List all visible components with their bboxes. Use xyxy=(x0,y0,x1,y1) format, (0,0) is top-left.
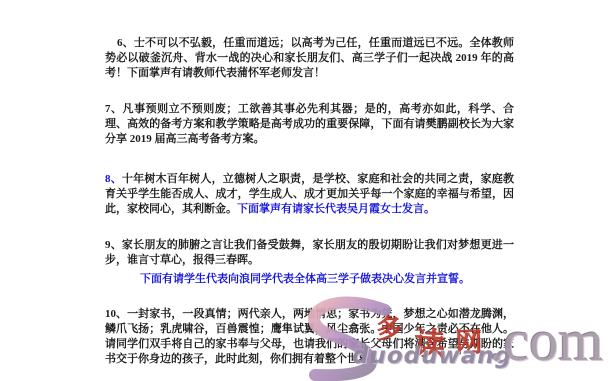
item-9-announcement-line: 下面有请学生代表向浪同学代表全体高三学子做表决心发言并宣誓。 xyxy=(140,272,470,287)
item-8-number: 8、 xyxy=(105,173,122,185)
paragraph-item-9: 9、家长朋友的肺腑之言让我们备受鼓舞，家长朋友的殷切期盼让我们对梦想更进一步，谁… xyxy=(105,238,514,268)
item-8-announcement-text: 下面掌声有请家长代表吴月霞女士发言。 xyxy=(237,203,435,215)
paragraph-item-6: 6、士不可以不弘毅，任重而道远；以高考为己任，任重而道远已不远。全体教师势必以破… xyxy=(105,36,514,81)
document-page: 6、士不可以不弘毅，任重而道远；以高考为己任，任重而道远已不远。全体教师势必以破… xyxy=(0,0,616,381)
paragraph-item-10: 10、一封家书，一段真情；两代亲人，两地情思；家书为凭，梦想之心如潜龙腾渊，鳞爪… xyxy=(105,307,514,367)
paragraph-item-7: 7、凡事预则立不预则废；工欲善其事必先利其器；是的，高考亦如此，科学、合理、高效… xyxy=(105,102,514,147)
paragraph-item-8: 8、十年树木百年树人，立德树人之职责，是学校、家庭和社会的共同之责，家庭教育关乎… xyxy=(105,172,514,217)
